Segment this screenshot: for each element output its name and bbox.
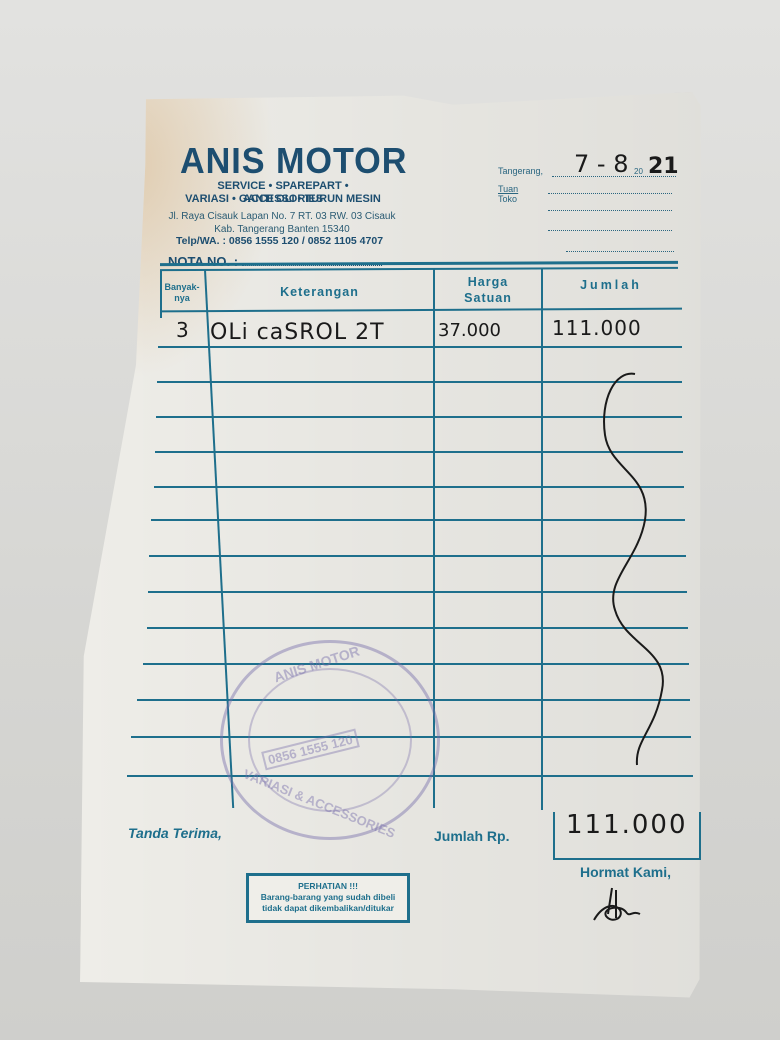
- warning-line-1: Barang-barang yang sudah dibeli: [249, 892, 407, 903]
- warning-notice-box: PERHATIAN !!! Barang-barang yang sudah d…: [246, 873, 410, 923]
- tuan-dotted-line: [548, 193, 672, 194]
- address-line-1: Jl. Raya Cisauk Lapan No. 7 RT. 03 RW. 0…: [164, 210, 400, 223]
- col-header-unit-price-line1: Harga: [435, 274, 541, 290]
- col-header-qty-line1: Banyak-: [160, 282, 204, 293]
- place-label: Tangerang,: [498, 166, 543, 176]
- row-1-qty: 3: [176, 318, 189, 342]
- row-1-unit-price: 37.000: [438, 320, 501, 341]
- services-line-2: VARIASI • GANTI OLI • TURUN MESIN: [180, 193, 386, 206]
- col-header-unit-price: Harga Satuan: [435, 274, 541, 306]
- row-1-amount: 111.000: [552, 316, 642, 340]
- signature: [590, 884, 646, 928]
- date-handwritten: 7 - 8: [574, 150, 628, 178]
- row-1-description: OLi caSROL 2T: [210, 320, 385, 345]
- jumlah-rp-label: Jumlah Rp.: [434, 828, 509, 844]
- phone-numbers: Telp/WA. : 0856 1555 120 / 0852 1105 470…: [176, 235, 383, 247]
- toko-dotted-line-1: [548, 210, 672, 211]
- col-header-qty: Banyak- nya: [160, 282, 204, 304]
- void-squiggle-mark: [560, 360, 690, 780]
- year-prefix: 20: [634, 167, 643, 176]
- nota-label: NOTA NO. :: [168, 254, 238, 269]
- toko-dotted-line-2: [548, 230, 672, 231]
- col-divider-price: [541, 268, 543, 810]
- brand-title: ANIS MOTOR: [180, 140, 407, 182]
- total-amount-handwritten: 111.000: [566, 810, 688, 840]
- hormat-kami-label: Hormat Kami,: [580, 864, 671, 880]
- year-handwritten: 21: [648, 154, 679, 179]
- warning-line-2: tidak dapat dikembalikan/ditukar: [249, 903, 407, 914]
- col-header-description: Keterangan: [206, 285, 433, 299]
- col-header-unit-price-line2: Satuan: [435, 290, 541, 306]
- tuan-label: Tuan: [498, 184, 518, 194]
- tanda-terima-label: Tanda Terima,: [128, 825, 222, 841]
- row-rule: [158, 346, 682, 348]
- toko-dotted-line-3: [566, 251, 674, 252]
- toko-label: Toko: [498, 194, 517, 204]
- col-header-amount: Jumlah: [543, 278, 679, 292]
- col-header-qty-line2: nya: [160, 293, 204, 304]
- warning-title: PERHATIAN !!!: [249, 881, 407, 892]
